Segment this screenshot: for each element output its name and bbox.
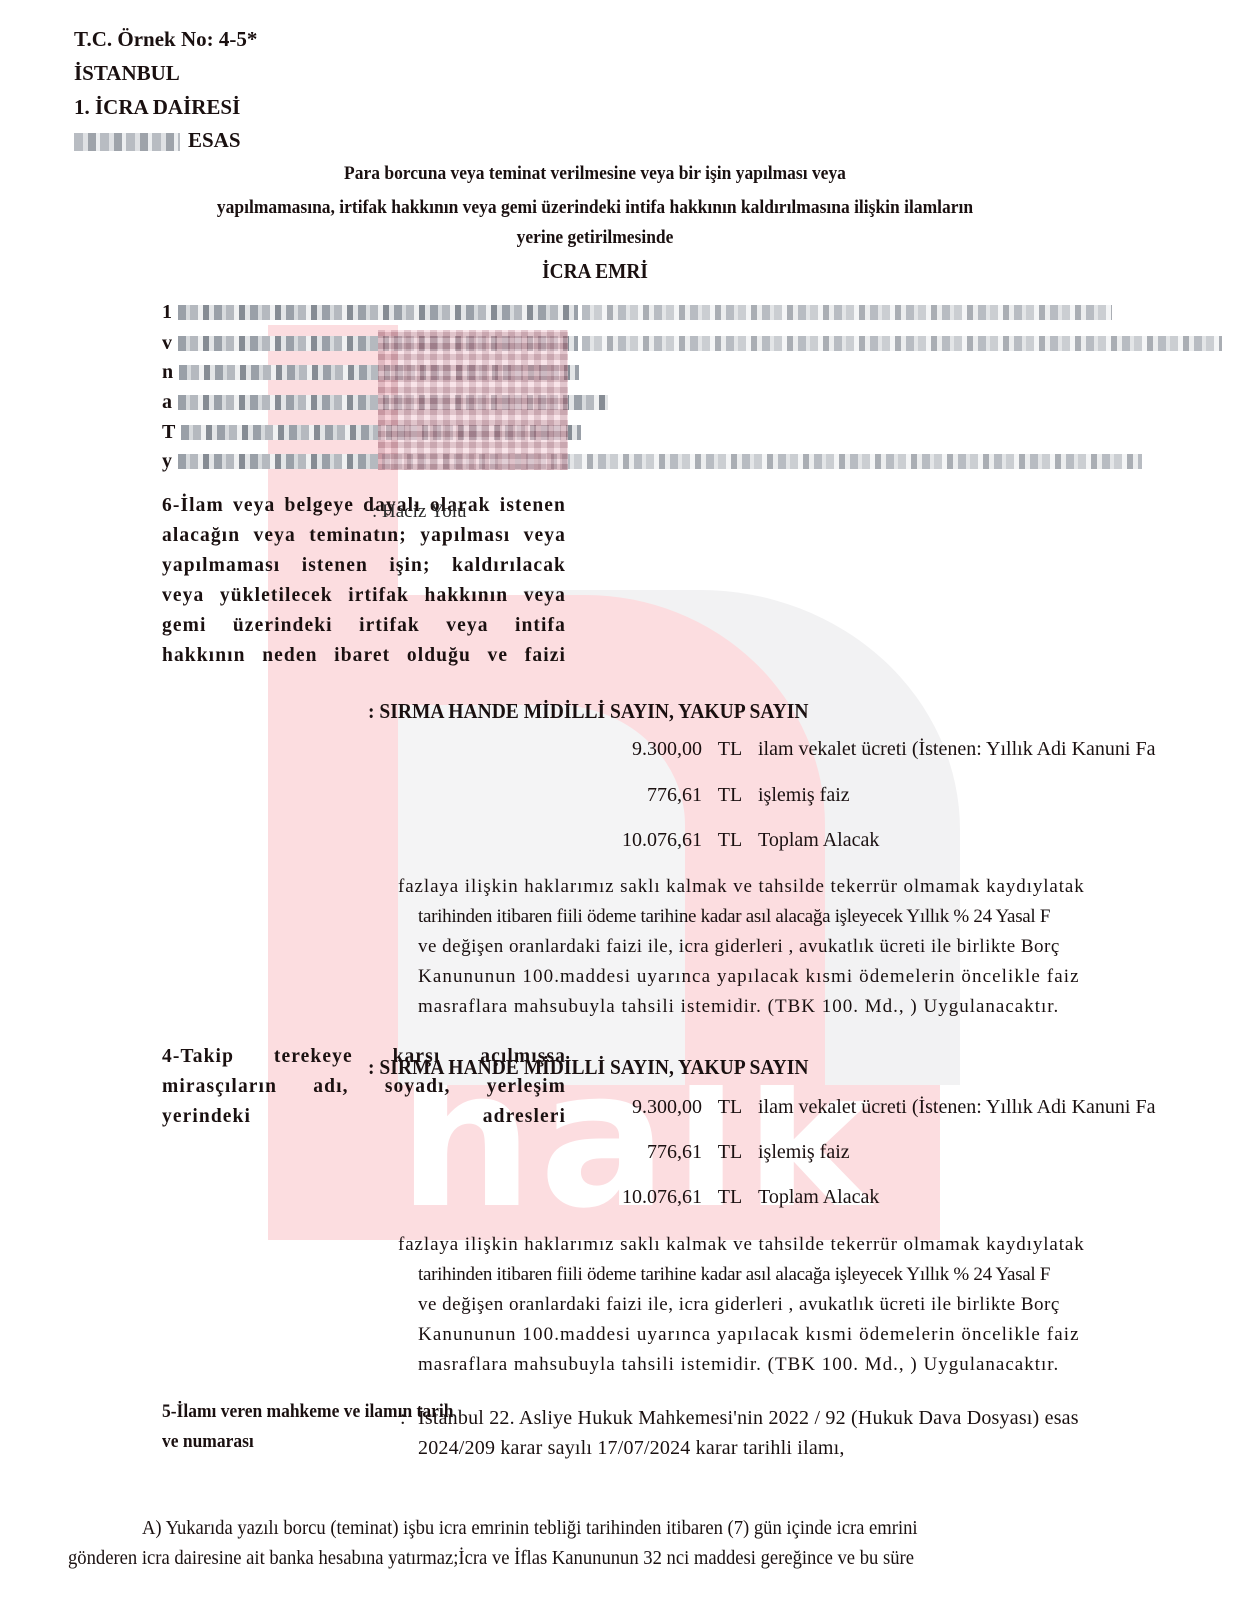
- header-esas-label: ESAS: [188, 128, 241, 152]
- title-line-1: Para borcuna veya teminat verilmesine ve…: [48, 163, 1143, 185]
- pixelated-text: [178, 305, 578, 320]
- amount-description: ilam vekalet ücreti (İstenen: Yıllık Adi…: [758, 738, 1156, 760]
- amount-description: ilam vekalet ücreti (İstenen: Yıllık Adi…: [758, 1096, 1156, 1118]
- separator-colon: :: [368, 699, 375, 723]
- redacted-line-initial: v: [162, 332, 172, 355]
- claim-1-paragraph-line-3: ve değişen oranlardaki faizi ile, icra g…: [418, 932, 1060, 962]
- amount: 10.076,61: [582, 1186, 702, 1209]
- claim-1-row-1: 9.300,00TLilam vekalet ücreti (İstenen: …: [582, 738, 1156, 761]
- redacted-line-initial: a: [162, 391, 172, 414]
- section-5-label-line-2: ve numarası: [162, 1431, 254, 1453]
- section-5-value-line-2: 2024/209 karar sayılı 17/07/2024 karar t…: [418, 1433, 845, 1463]
- title-line-3: yerine getirilmesinde: [48, 227, 1143, 249]
- claim-1-paragraph-line-5: masraflara mahsubuyla tahsili istemidir.…: [418, 992, 1059, 1022]
- redacted-line: v: [162, 333, 1222, 353]
- currency: TL: [702, 784, 758, 807]
- amount: 9.300,00: [582, 738, 702, 761]
- amount-description: Toplam Alacak: [758, 1186, 879, 1208]
- redacted-line: y: [162, 451, 1142, 471]
- amount: 776,61: [582, 784, 702, 807]
- claim-1-party: : SIRMA HANDE MİDİLLİ SAYIN, YAKUP SAYIN: [368, 699, 808, 724]
- header-office: 1. İCRA DAİRESİ: [74, 95, 240, 120]
- party-names: SIRMA HANDE MİDİLLİ SAYIN, YAKUP SAYIN: [379, 699, 808, 723]
- currency: TL: [702, 829, 758, 852]
- section-6-overlap-value: : Haciz Yolu: [372, 501, 466, 523]
- claim-1-paragraph-line-4: Kanununun 100.maddesi uyarınca yapılacak…: [418, 962, 1080, 992]
- redacted-line-initial: 1: [162, 301, 172, 324]
- document-title: İCRA EMRİ: [48, 259, 1143, 284]
- amount-description: işlemiş faiz: [758, 784, 850, 806]
- redacted-file-number: [74, 133, 180, 151]
- redacted-line-initial: T: [162, 421, 175, 444]
- claim-2-paragraph-line-3: ve değişen oranlardaki faizi ile, icra g…: [418, 1290, 1060, 1320]
- title-line-2: yapılmamasına, irtifak hakkının veya gem…: [48, 197, 1143, 219]
- claim-2-paragraph-line-1: fazlaya ilişkin haklarımız saklı kalmak …: [398, 1230, 1085, 1260]
- currency: TL: [702, 1096, 758, 1119]
- header-example-no: T.C. Örnek No: 4-5*: [74, 27, 257, 52]
- redacted-line: 1: [162, 302, 1112, 322]
- redacted-line-initial: n: [162, 361, 173, 384]
- pixelated-text: [582, 305, 1112, 320]
- header-city: İSTANBUL: [74, 61, 180, 86]
- pixelated-overlay: [378, 330, 568, 470]
- amount: 776,61: [582, 1141, 702, 1164]
- section-5-separator: :: [400, 1403, 406, 1433]
- claim-2-paragraph-line-4: Kanununun 100.maddesi uyarınca yapılacak…: [418, 1320, 1080, 1350]
- header-file-no: ESAS: [74, 128, 241, 153]
- party-names: SIRMA HANDE MİDİLLİ SAYIN, YAKUP SAYIN: [379, 1055, 808, 1079]
- separator-colon: :: [368, 1055, 375, 1079]
- amount-description: Toplam Alacak: [758, 829, 879, 851]
- claim-2-row-2: 776,61TLişlemiş faiz: [582, 1141, 850, 1164]
- claim-1-row-3: 10.076,61TLToplam Alacak: [582, 829, 879, 852]
- redacted-line-initial: y: [162, 450, 172, 473]
- claim-1-paragraph-line-2: tarihinden itibaren fiili ödeme tarihine…: [418, 902, 1050, 932]
- claim-2-row-3: 10.076,61TLToplam Alacak: [582, 1186, 879, 1209]
- section-5-value-line-1: İstanbul 22. Asliye Hukuk Mahkemesi'nin …: [418, 1403, 1079, 1433]
- claim-1-row-2: 776,61TLişlemiş faiz: [582, 784, 850, 807]
- currency: TL: [702, 1141, 758, 1164]
- footer-line-1: A) Yukarıda yazılı borcu (teminat) işbu …: [142, 1514, 918, 1542]
- claim-1-paragraph-line-1: fazlaya ilişkin haklarımız saklı kalmak …: [398, 872, 1085, 902]
- amount: 10.076,61: [582, 829, 702, 852]
- section-6-label: 6-İlam veya belgeye dayalı olarak istene…: [162, 491, 566, 701]
- currency: TL: [702, 738, 758, 761]
- amount: 9.300,00: [582, 1096, 702, 1119]
- pixelated-text: [178, 454, 378, 469]
- section-5-label-line-1: 5-İlamı veren mahkeme ve ilamın tarih: [162, 1401, 453, 1423]
- currency: TL: [702, 1186, 758, 1209]
- pixelated-text: [582, 336, 1222, 351]
- claim-2-row-1: 9.300,00TLilam vekalet ücreti (İstenen: …: [582, 1096, 1156, 1119]
- claim-2-party: : SIRMA HANDE MİDİLLİ SAYIN, YAKUP SAYIN: [368, 1055, 808, 1080]
- claim-2-paragraph-line-5: masraflara mahsubuyla tahsili istemidir.…: [418, 1350, 1059, 1380]
- claim-2-paragraph-line-2: tarihinden itibaren fiili ödeme tarihine…: [418, 1260, 1050, 1290]
- footer-line-2: gönderen icra dairesine ait banka hesabı…: [68, 1544, 914, 1572]
- amount-description: işlemiş faiz: [758, 1141, 850, 1163]
